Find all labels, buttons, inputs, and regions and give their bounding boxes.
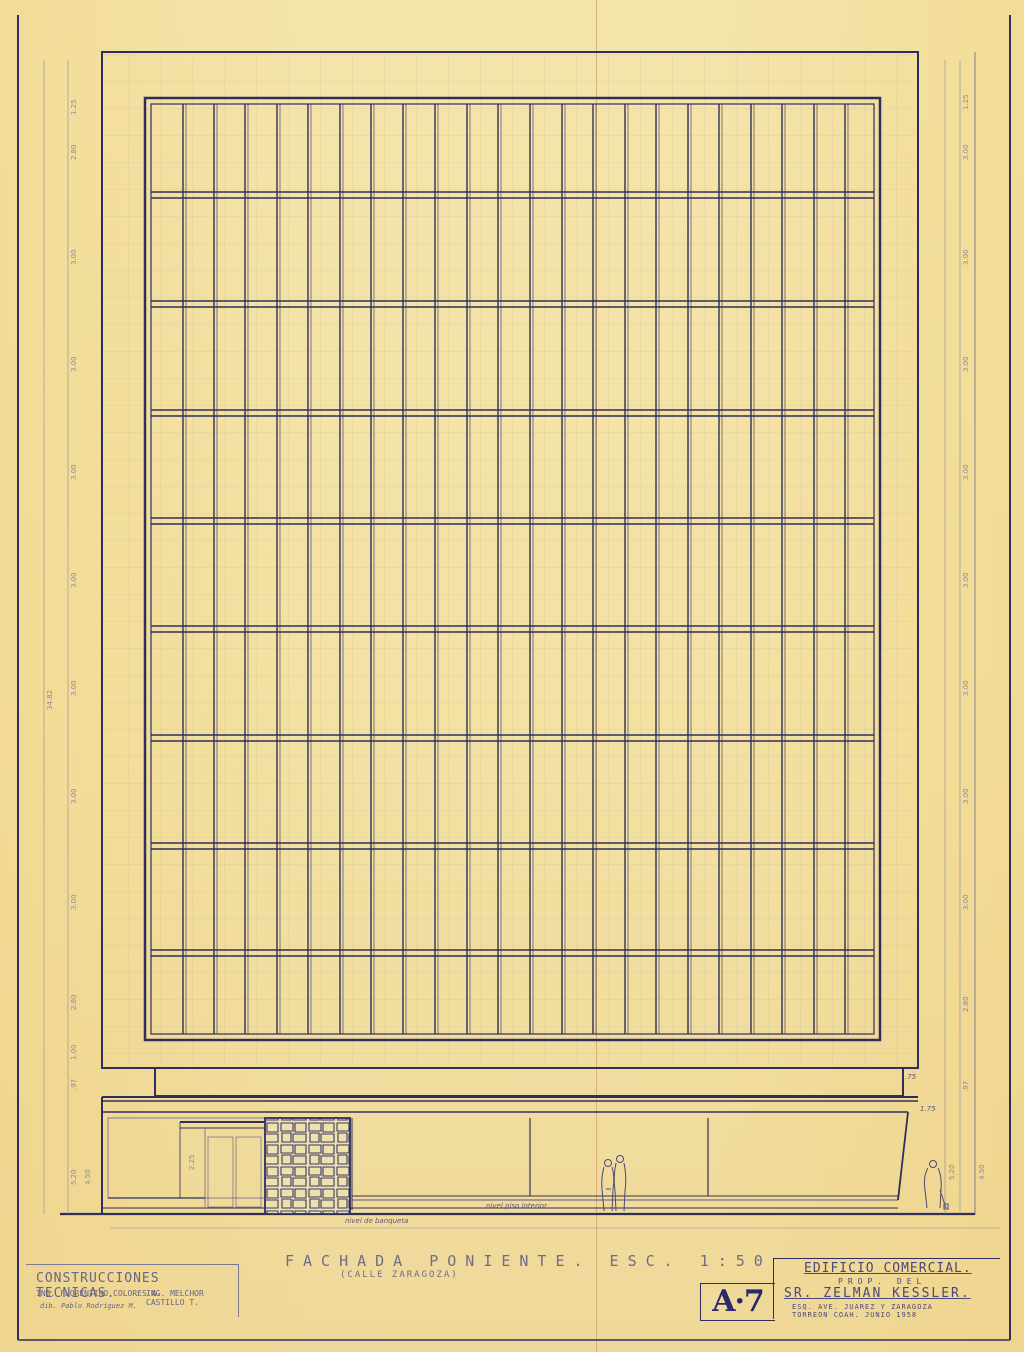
sheet-number: A·7 (700, 1283, 775, 1321)
dim-label: 3.00 (962, 464, 970, 480)
dim-label: 5.20 (948, 1164, 956, 1180)
dim-label: 3.00 (70, 572, 78, 588)
soffit-depth-label: .75 (905, 1073, 916, 1081)
owner-prefix: PROP. DEL (838, 1277, 926, 1286)
engineer-1: ING. FLORENTINO COLORES A. (36, 1289, 161, 1298)
dim-label: 3.00 (962, 572, 970, 588)
background-grid (102, 52, 918, 1068)
elevation-drawing (0, 0, 1024, 1352)
dim-label: 3.00 (962, 680, 970, 696)
dim-label: 2.80 (962, 996, 970, 1012)
dim-label: 3.00 (962, 894, 970, 910)
dim-label: 3.00 (70, 680, 78, 696)
dim-label: 3.00 (70, 894, 78, 910)
dim-label: 2.80 (70, 144, 78, 160)
drawing-subtitle: (CALLE ZARAGOZA) (340, 1270, 459, 1280)
stone-pier (265, 1118, 350, 1214)
drawing-title: FACHADA PONIENTE. ESC. 1:50 (285, 1252, 772, 1270)
overall-height-label: 34.82 (46, 690, 54, 710)
dim-label: 2.80 (70, 994, 78, 1010)
dim-label: 1.25 (962, 94, 970, 110)
project-location: ESQ. AVE. JUAREZ Y ZARAGOZA (792, 1303, 933, 1311)
blueprint-sheet: 1.25 2.80 3.00 3.00 3.00 3.00 3.00 3.00 … (0, 0, 1024, 1352)
dim-label: 4.50 (978, 1164, 986, 1180)
sidewalk-level-note: nivel de banqueta (345, 1217, 408, 1225)
dim-label: 3.00 (70, 464, 78, 480)
human-figures (602, 1156, 948, 1212)
dim-label: 3.00 (962, 249, 970, 265)
project-title-block: EDIFICIO COMERCIAL. PROP. DEL SR. ZELMAN… (773, 1258, 1000, 1319)
dim-label: 5.20 (70, 1169, 78, 1185)
firm-title-block: CONSTRUCCIONES TECNICAS. ING. FLORENTINO… (26, 1264, 239, 1317)
dim-label: 3.00 (962, 144, 970, 160)
engineer-2: ING. MELCHOR CASTILLO T. (146, 1289, 238, 1307)
city-and-date: TORREON COAH. JUNIO 1958 (792, 1311, 917, 1319)
ground-floor (60, 1068, 975, 1214)
dim-label: 1.25 (70, 99, 78, 115)
dim-label: 4.50 (84, 1169, 92, 1185)
dim-label: 3.00 (70, 249, 78, 265)
dim-label: 3.00 (962, 788, 970, 804)
dim-label: 3.00 (70, 356, 78, 372)
dim-label: .97 (962, 1081, 970, 1092)
door-height-label: 2.25 (188, 1154, 196, 1170)
project-name: EDIFICIO COMERCIAL. (804, 1261, 972, 1276)
dim-label: .97 (70, 1079, 78, 1090)
drafter-name: dib. Pablo Rodriguez M. (40, 1302, 137, 1310)
dim-label: 3.00 (962, 356, 970, 372)
interior-level-note: nivel piso interior (486, 1202, 547, 1210)
owner-name: SR. ZELMAN KESSLER. (784, 1286, 971, 1301)
dim-label: 3.00 (70, 788, 78, 804)
dim-label: 1.00 (70, 1044, 78, 1060)
canopy-depth-label: 1.75 (920, 1105, 936, 1113)
